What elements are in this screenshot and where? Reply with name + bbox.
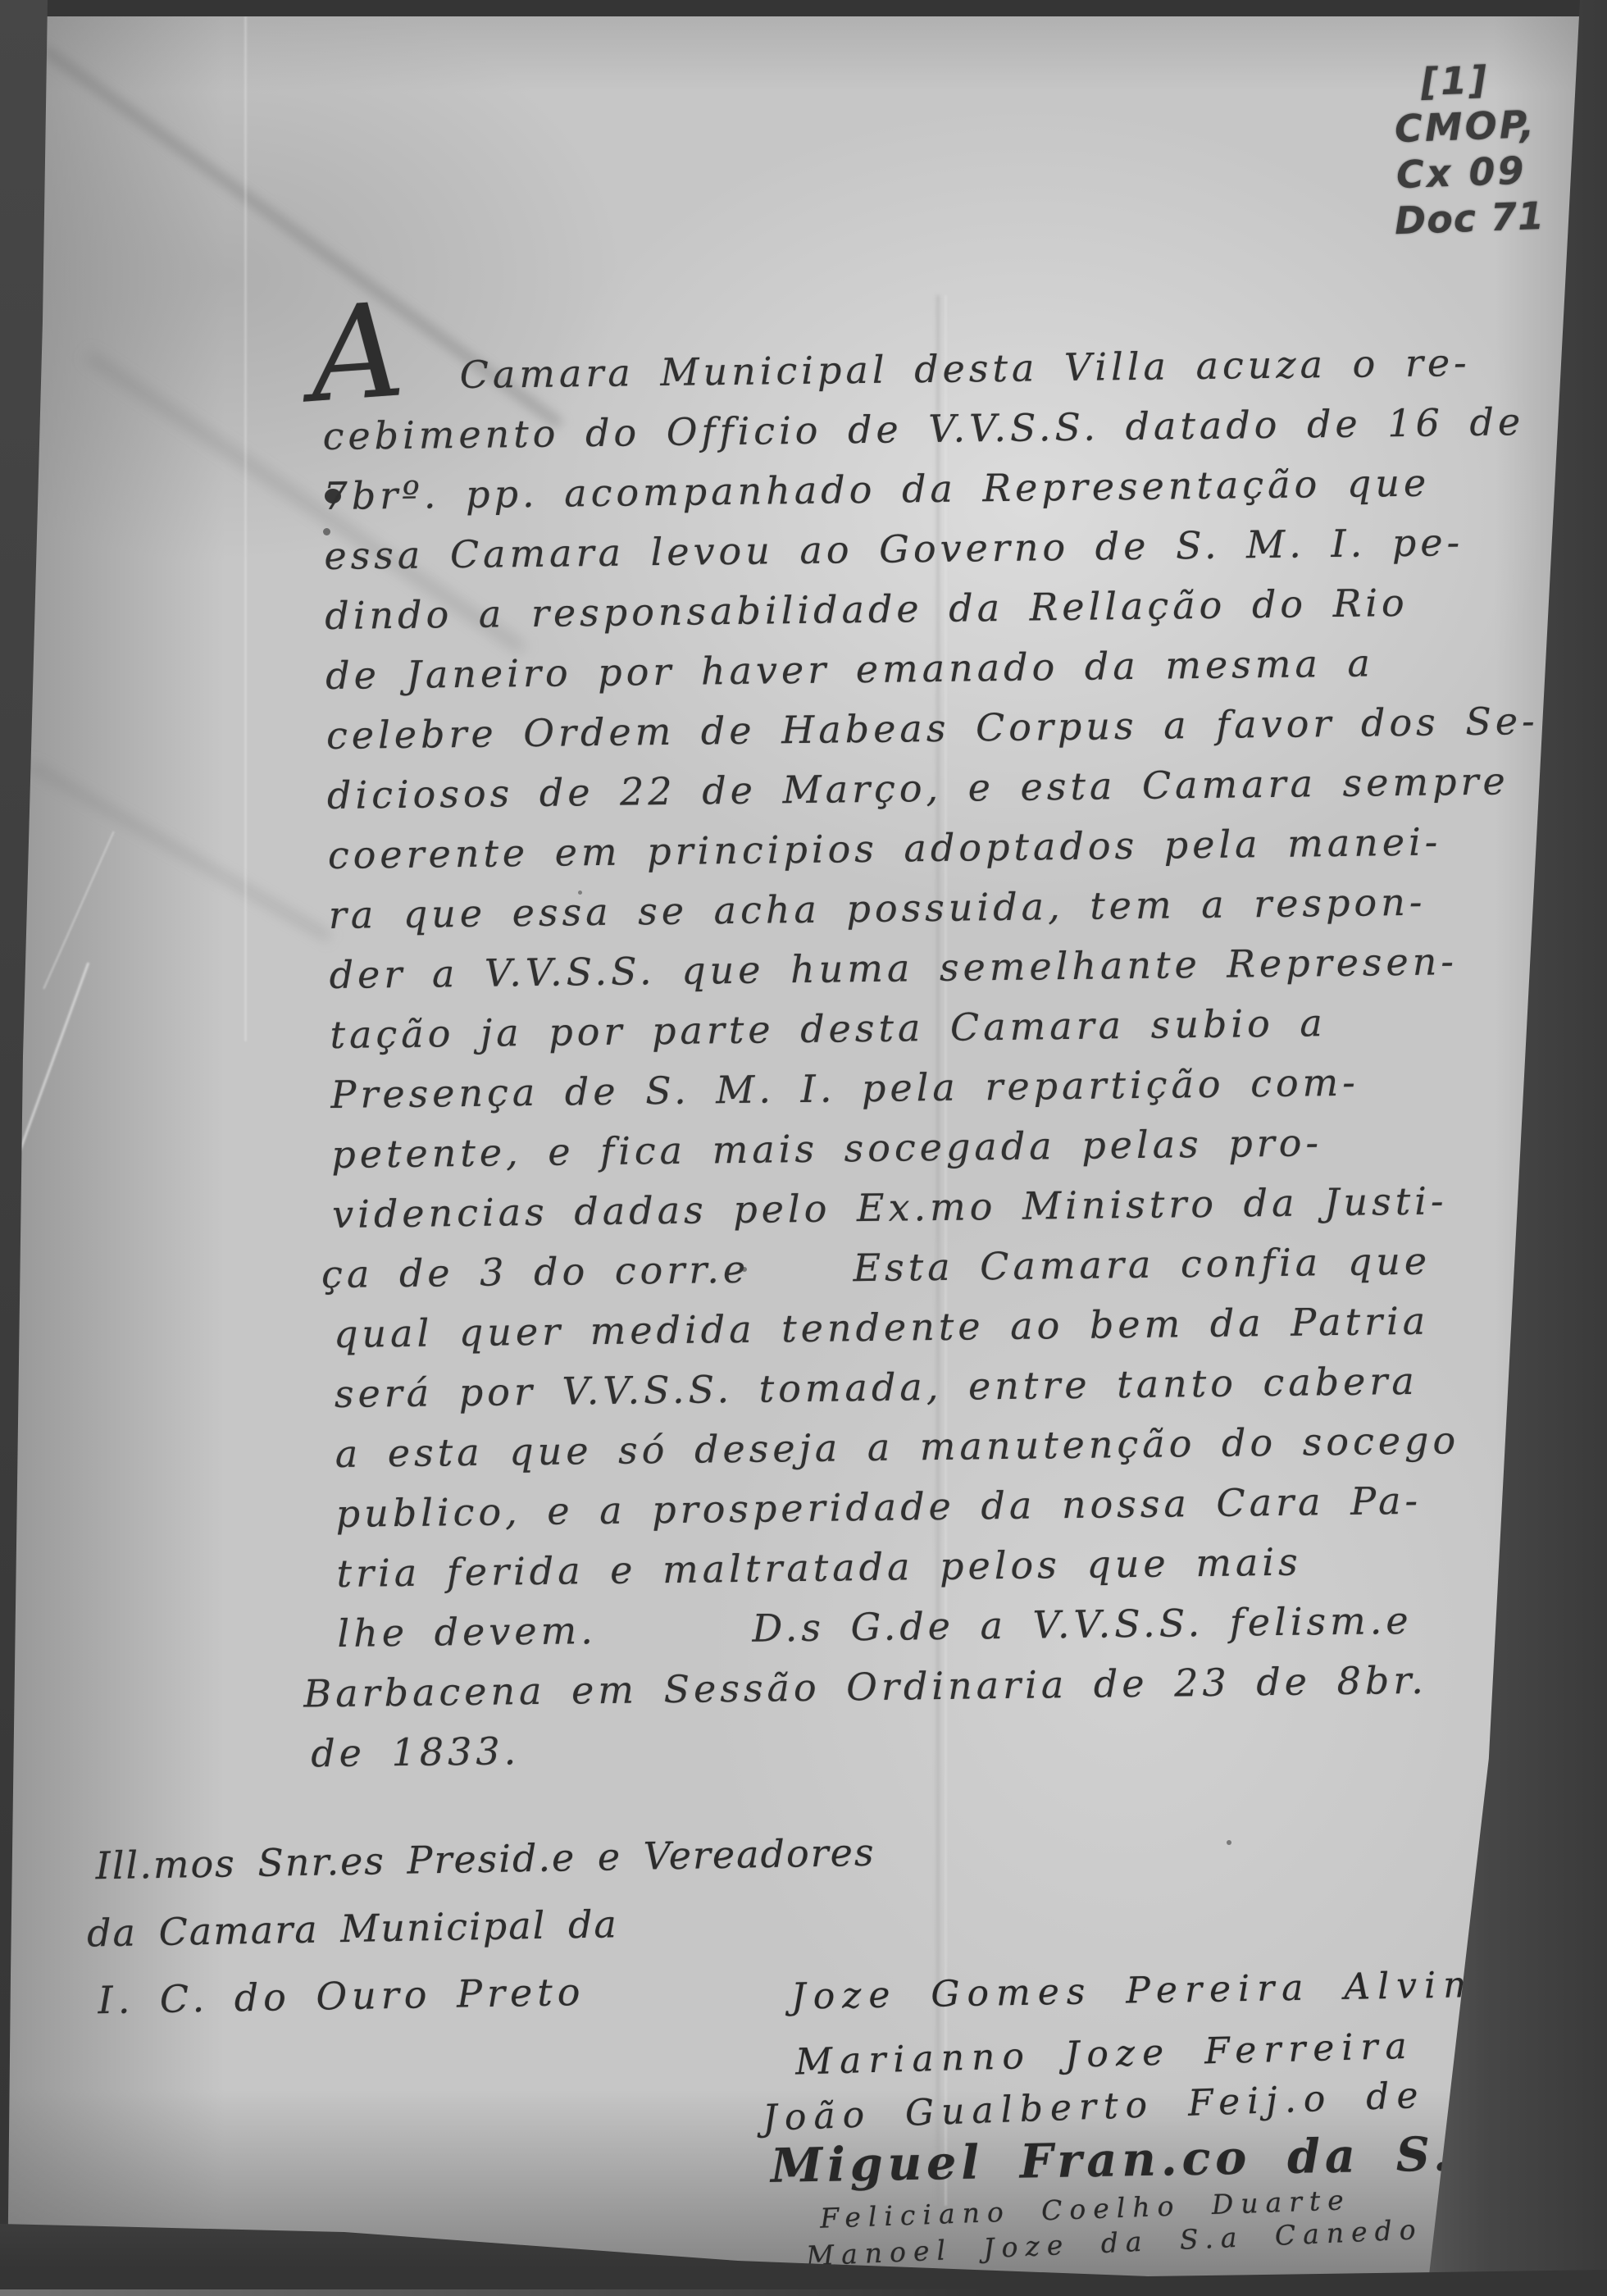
- fold-line: [244, 16, 247, 1041]
- paper-crease: [30, 763, 331, 941]
- letter-body: Camara Municipal desta Villa acuza o re-…: [321, 331, 1585, 1783]
- scratch-mark: [3, 963, 89, 1195]
- archival-annotation-line: Doc 71: [1394, 193, 1546, 244]
- archival-annotation-line: CMOP,: [1394, 101, 1542, 152]
- archival-annotations: [1]CMOP,Cx 09Doc 71: [1392, 55, 1546, 244]
- signature: Joze Gomes Pereira Alvim: [791, 1960, 1514, 2021]
- signatures-block: Joze Gomes Pereira AlvimMarianno Joze Fe…: [758, 1966, 1513, 2258]
- archival-annotation-line: [1]: [1420, 55, 1541, 105]
- address-line: Ill.mos Snr.es Presid.e e Vereadores: [95, 1819, 876, 1900]
- scanned-document-photo: [1]CMOP,Cx 09Doc 71 A Camara Municipal d…: [0, 0, 1607, 2296]
- scratch-mark: [43, 831, 114, 990]
- archival-annotation-line: Cx 09: [1395, 147, 1544, 198]
- ink-blot: [1227, 1840, 1231, 1845]
